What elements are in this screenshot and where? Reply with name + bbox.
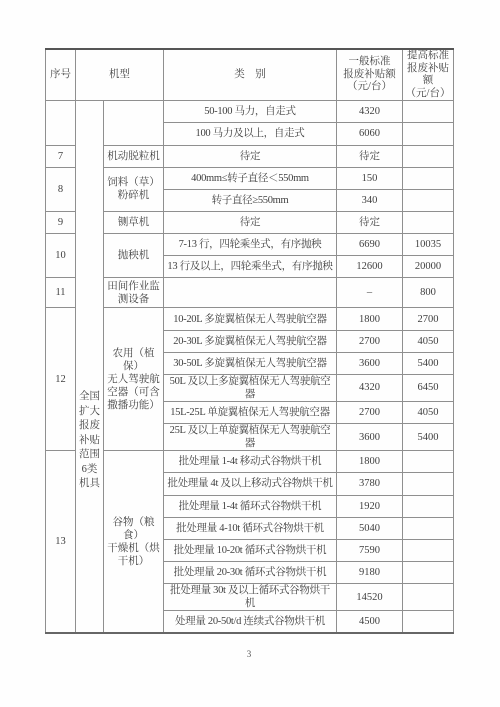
general-amount-cell: 4320 <box>337 101 403 123</box>
document-page: 序号 机型 类 别 一般标准 报废补贴额 （元/台） 提高标准 报废补贴 额 （… <box>0 0 500 707</box>
general-amount-cell: 4320 <box>337 374 403 401</box>
table-row: 7 机动脱粒机 待定 待定 <box>46 145 454 167</box>
general-amount-cell: 9180 <box>337 561 403 583</box>
enhanced-amount-cell <box>403 145 454 167</box>
general-amount-cell: 2700 <box>337 402 403 424</box>
enhanced-amount-cell <box>403 123 454 145</box>
category-cell: 批处理量 1-4t 移动式谷物烘干机 <box>164 451 337 473</box>
general-amount-cell: 7590 <box>337 539 403 561</box>
category-cell: 50-100 马力，自走式 <box>164 101 337 123</box>
enhanced-amount-cell <box>403 561 454 583</box>
enhanced-amount-cell: 20000 <box>403 256 454 278</box>
enhanced-amount-cell: 10035 <box>403 234 454 256</box>
machine-cell: 抛秧机 <box>104 234 164 278</box>
category-cell: 20-30L 多旋翼植保无人驾驶航空器 <box>164 330 337 352</box>
category-cell: 10-20L 多旋翼植保无人驾驶航空器 <box>164 308 337 330</box>
general-amount-cell: 4500 <box>337 611 403 633</box>
subsidy-table: 序号 机型 类 别 一般标准 报废补贴额 （元/台） 提高标准 报废补贴 额 （… <box>45 48 454 634</box>
enhanced-amount-cell <box>403 517 454 539</box>
machine-cell <box>104 101 164 145</box>
category-cell: 批处理量 30t 及以上循环式谷物烘干机 <box>164 584 337 611</box>
group-label: 全国扩大报废补贴范围6类机具 <box>78 390 101 492</box>
enhanced-amount-cell <box>403 584 454 611</box>
category-cell: 待定 <box>164 145 337 167</box>
general-amount-cell: 3780 <box>337 473 403 495</box>
general-amount-cell: 1920 <box>337 495 403 517</box>
enhanced-amount-cell <box>403 167 454 189</box>
general-amount-cell: 2700 <box>337 330 403 352</box>
general-amount-cell: 待定 <box>337 145 403 167</box>
enhanced-amount-cell: 5400 <box>403 424 454 451</box>
header-enhanced-subsidy: 提高标准 报废补贴 额 （元/台） <box>403 49 454 101</box>
table-row: 12 农用（植保） 无人驾驶航 空器（可含 撒播功能） 10-20L 多旋翼植保… <box>46 308 454 330</box>
category-cell: 转子直径≥550mm <box>164 189 337 211</box>
seq-cell: 11 <box>46 278 76 308</box>
category-cell: 13 行及以上，四轮乘坐式，有序抛秧 <box>164 256 337 278</box>
enhanced-amount-cell <box>403 211 454 233</box>
general-amount-cell: 6060 <box>337 123 403 145</box>
enhanced-amount-cell <box>403 189 454 211</box>
seq-cell: 7 <box>46 145 76 167</box>
header-category: 类 别 <box>164 49 337 101</box>
category-cell: 100 马力及以上，自走式 <box>164 123 337 145</box>
enhanced-amount-cell: 6450 <box>403 374 454 401</box>
category-cell: 7-13 行，四轮乘坐式，有序抛秧 <box>164 234 337 256</box>
machine-cell: 机动脱粒机 <box>104 145 164 167</box>
enhanced-amount-cell: 4050 <box>403 402 454 424</box>
table-row: 13 谷物（粮食） 干燥机（烘 干机） 批处理量 1-4t 移动式谷物烘干机 1… <box>46 451 454 473</box>
category-cell: 400mm≤转子直径＜550mm <box>164 167 337 189</box>
table-header-row: 序号 机型 类 别 一般标准 报废补贴额 （元/台） 提高标准 报废补贴 额 （… <box>46 49 454 101</box>
table-row: 全国扩大报废补贴范围6类机具 50-100 马力，自走式 4320 <box>46 101 454 123</box>
enhanced-amount-cell: 800 <box>403 278 454 308</box>
category-cell: 25L 及以上单旋翼植保无人驾驶航空器 <box>164 424 337 451</box>
page-number: 3 <box>45 649 453 659</box>
header-general-subsidy: 一般标准 报废补贴额 （元/台） <box>337 49 403 101</box>
category-cell: 批处理量 4-10t 循环式谷物烘干机 <box>164 517 337 539</box>
seq-cell: 13 <box>46 451 76 633</box>
seq-cell: 10 <box>46 234 76 278</box>
enhanced-amount-cell: 4050 <box>403 330 454 352</box>
general-amount-cell: 150 <box>337 167 403 189</box>
header-machine-type: 机型 <box>76 49 164 101</box>
general-amount-cell: 1800 <box>337 451 403 473</box>
table-row: 8 饲料（草） 粉碎机 400mm≤转子直径＜550mm 150 <box>46 167 454 189</box>
general-amount-cell: 340 <box>337 189 403 211</box>
category-cell: 15L-25L 单旋翼植保无人驾驶航空器 <box>164 402 337 424</box>
seq-cell: 12 <box>46 308 76 451</box>
enhanced-amount-cell <box>403 611 454 633</box>
general-amount-cell: 1800 <box>337 308 403 330</box>
enhanced-amount-cell: 5400 <box>403 352 454 374</box>
enhanced-amount-cell: 2700 <box>403 308 454 330</box>
general-amount-cell: 待定 <box>337 211 403 233</box>
general-amount-cell: – <box>337 278 403 308</box>
general-amount-cell: 3600 <box>337 352 403 374</box>
seq-cell: 9 <box>46 211 76 233</box>
enhanced-amount-cell <box>403 451 454 473</box>
category-cell: 50L 及以上多旋翼植保无人驾驶航空器 <box>164 374 337 401</box>
general-amount-cell: 6690 <box>337 234 403 256</box>
table-row: 10 抛秧机 7-13 行，四轮乘坐式，有序抛秧 6690 10035 <box>46 234 454 256</box>
seq-cell <box>46 101 76 145</box>
category-cell: 批处理量 4t 及以上移动式谷物烘干机 <box>164 473 337 495</box>
machine-cell: 饲料（草） 粉碎机 <box>104 167 164 211</box>
machine-cell: 铡草机 <box>104 211 164 233</box>
machine-cell: 田间作业监 测设备 <box>104 278 164 308</box>
category-cell: 处理量 20-50t/d 连续式谷物烘干机 <box>164 611 337 633</box>
table-row: 11 田间作业监 测设备 – 800 <box>46 278 454 308</box>
category-cell: 30-50L 多旋翼植保无人驾驶航空器 <box>164 352 337 374</box>
machine-cell: 农用（植保） 无人驾驶航 空器（可含 撒播功能） <box>104 308 164 451</box>
header-seq: 序号 <box>46 49 76 101</box>
enhanced-amount-cell <box>403 539 454 561</box>
category-cell <box>164 278 337 308</box>
general-amount-cell: 3600 <box>337 424 403 451</box>
enhanced-amount-cell <box>403 495 454 517</box>
machine-cell: 谷物（粮食） 干燥机（烘 干机） <box>104 451 164 633</box>
category-cell: 批处理量 20-30t 循环式谷物烘干机 <box>164 561 337 583</box>
seq-cell: 8 <box>46 167 76 211</box>
enhanced-amount-cell <box>403 101 454 123</box>
enhanced-amount-cell <box>403 473 454 495</box>
general-amount-cell: 14520 <box>337 584 403 611</box>
general-amount-cell: 12600 <box>337 256 403 278</box>
general-amount-cell: 5040 <box>337 517 403 539</box>
category-cell: 批处理量 1-4t 循环式谷物烘干机 <box>164 495 337 517</box>
category-cell: 批处理量 10-20t 循环式谷物烘干机 <box>164 539 337 561</box>
category-cell: 待定 <box>164 211 337 233</box>
group-cell: 全国扩大报废补贴范围6类机具 <box>76 101 104 633</box>
table-row: 9 铡草机 待定 待定 <box>46 211 454 233</box>
